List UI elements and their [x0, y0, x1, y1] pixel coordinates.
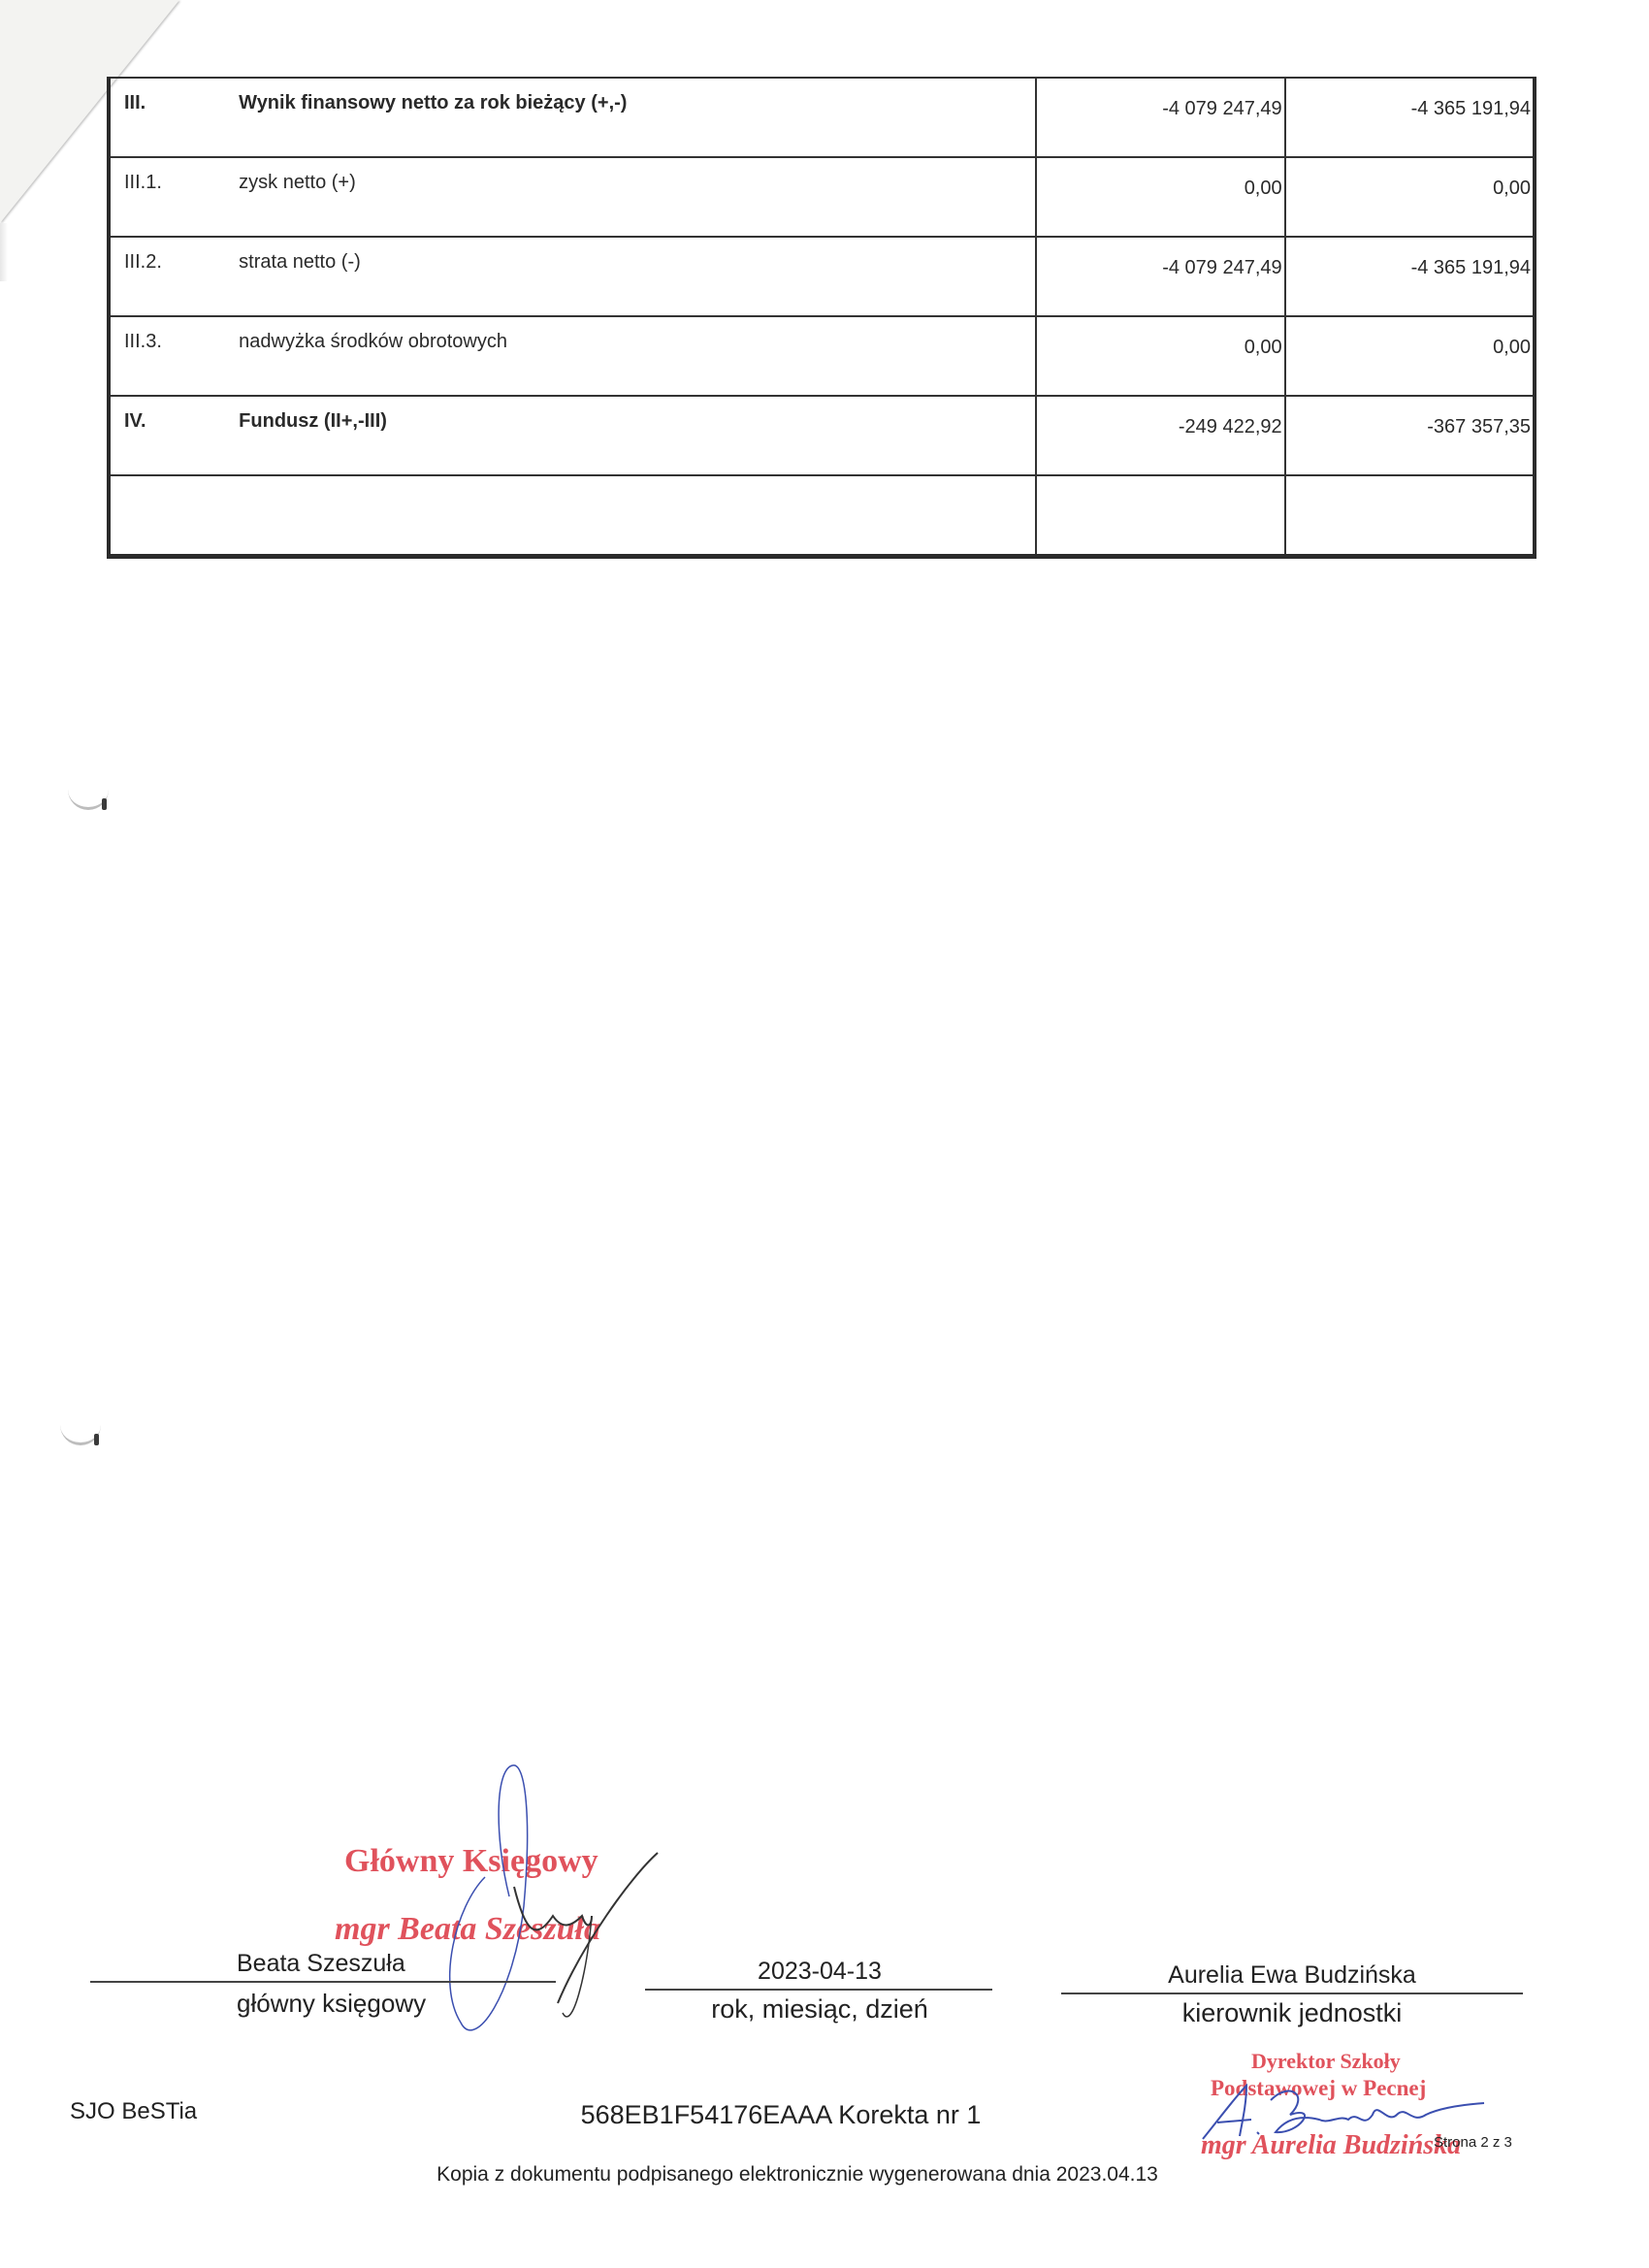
accountant-role: główny księgowy	[237, 1989, 426, 2019]
value-current-year: -4 079 247,49	[1036, 78, 1284, 157]
document-id: 568EB1F54176EAAA Korekta nr 1	[581, 2100, 982, 2130]
row-number: III.1.	[109, 157, 239, 237]
date-caption: rok, miesiąc, dzień	[711, 1994, 928, 2025]
table-row: III.3.nadwyżka środków obrotowych0,000,0…	[109, 316, 1535, 396]
page-number: Strona 2 z 3	[1434, 2134, 1512, 2151]
empty-cell	[239, 475, 1036, 557]
punch-hole	[68, 786, 109, 810]
value-previous-year: 0,00	[1285, 316, 1535, 396]
fold-shadow	[0, 223, 8, 281]
head-role: kierownik jednostki	[1182, 1998, 1403, 2028]
value-current-year: -249 422,92	[1036, 396, 1284, 475]
table-row: III.2.strata netto (-)-4 079 247,49-4 36…	[109, 237, 1535, 316]
value-current-year: 0,00	[1036, 157, 1284, 237]
electronic-copy-note: Kopia z dokumentu podpisanego elektronic…	[436, 2163, 1158, 2187]
value-previous-year: -4 365 191,94	[1285, 237, 1535, 316]
signature-date: 2023-04-13	[758, 1958, 882, 1986]
row-label: Wynik finansowy netto za rok bieżący (+,…	[239, 78, 1036, 157]
value-current-year: -4 079 247,49	[1036, 237, 1284, 316]
stamp-line1-head: Dyrektor Szkoły	[1251, 2049, 1401, 2074]
value-previous-year: -367 357,35	[1285, 396, 1535, 475]
value-current-year: 0,00	[1036, 316, 1284, 396]
punch-hole	[60, 1421, 101, 1445]
empty-cell	[1285, 475, 1535, 557]
table-row: IV.Fundusz (II+,-III)-249 422,92-367 357…	[109, 396, 1535, 475]
value-previous-year: -4 365 191,94	[1285, 78, 1535, 157]
row-label: zysk netto (+)	[239, 157, 1036, 237]
row-number: IV.	[109, 396, 239, 475]
handwritten-signature-accountant	[417, 1761, 669, 2071]
signature-line-head	[1061, 1993, 1523, 1994]
system-name: SJO BeSTia	[70, 2098, 197, 2125]
table-row: III.1.zysk netto (+)0,000,00	[109, 157, 1535, 237]
empty-cell	[1036, 475, 1284, 557]
table-row: III.Wynik finansowy netto za rok bieżący…	[109, 78, 1535, 157]
row-number: III.2.	[109, 237, 239, 316]
signature-line-accountant	[90, 1981, 556, 1983]
row-number: III.3.	[109, 316, 239, 396]
empty-cell	[109, 475, 239, 557]
financial-table: III.Wynik finansowy netto za rok bieżący…	[107, 77, 1536, 559]
value-previous-year: 0,00	[1285, 157, 1535, 237]
row-label: Fundusz (II+,-III)	[239, 396, 1036, 475]
head-name: Aurelia Ewa Budzińska	[1168, 1961, 1416, 1990]
row-number: III.	[109, 78, 239, 157]
table-row-empty	[109, 475, 1535, 557]
row-label: strata netto (-)	[239, 237, 1036, 316]
accountant-name: Beata Szeszuła	[237, 1950, 405, 1978]
row-label: nadwyżka środków obrotowych	[239, 316, 1036, 396]
signature-line-date	[645, 1989, 992, 1991]
